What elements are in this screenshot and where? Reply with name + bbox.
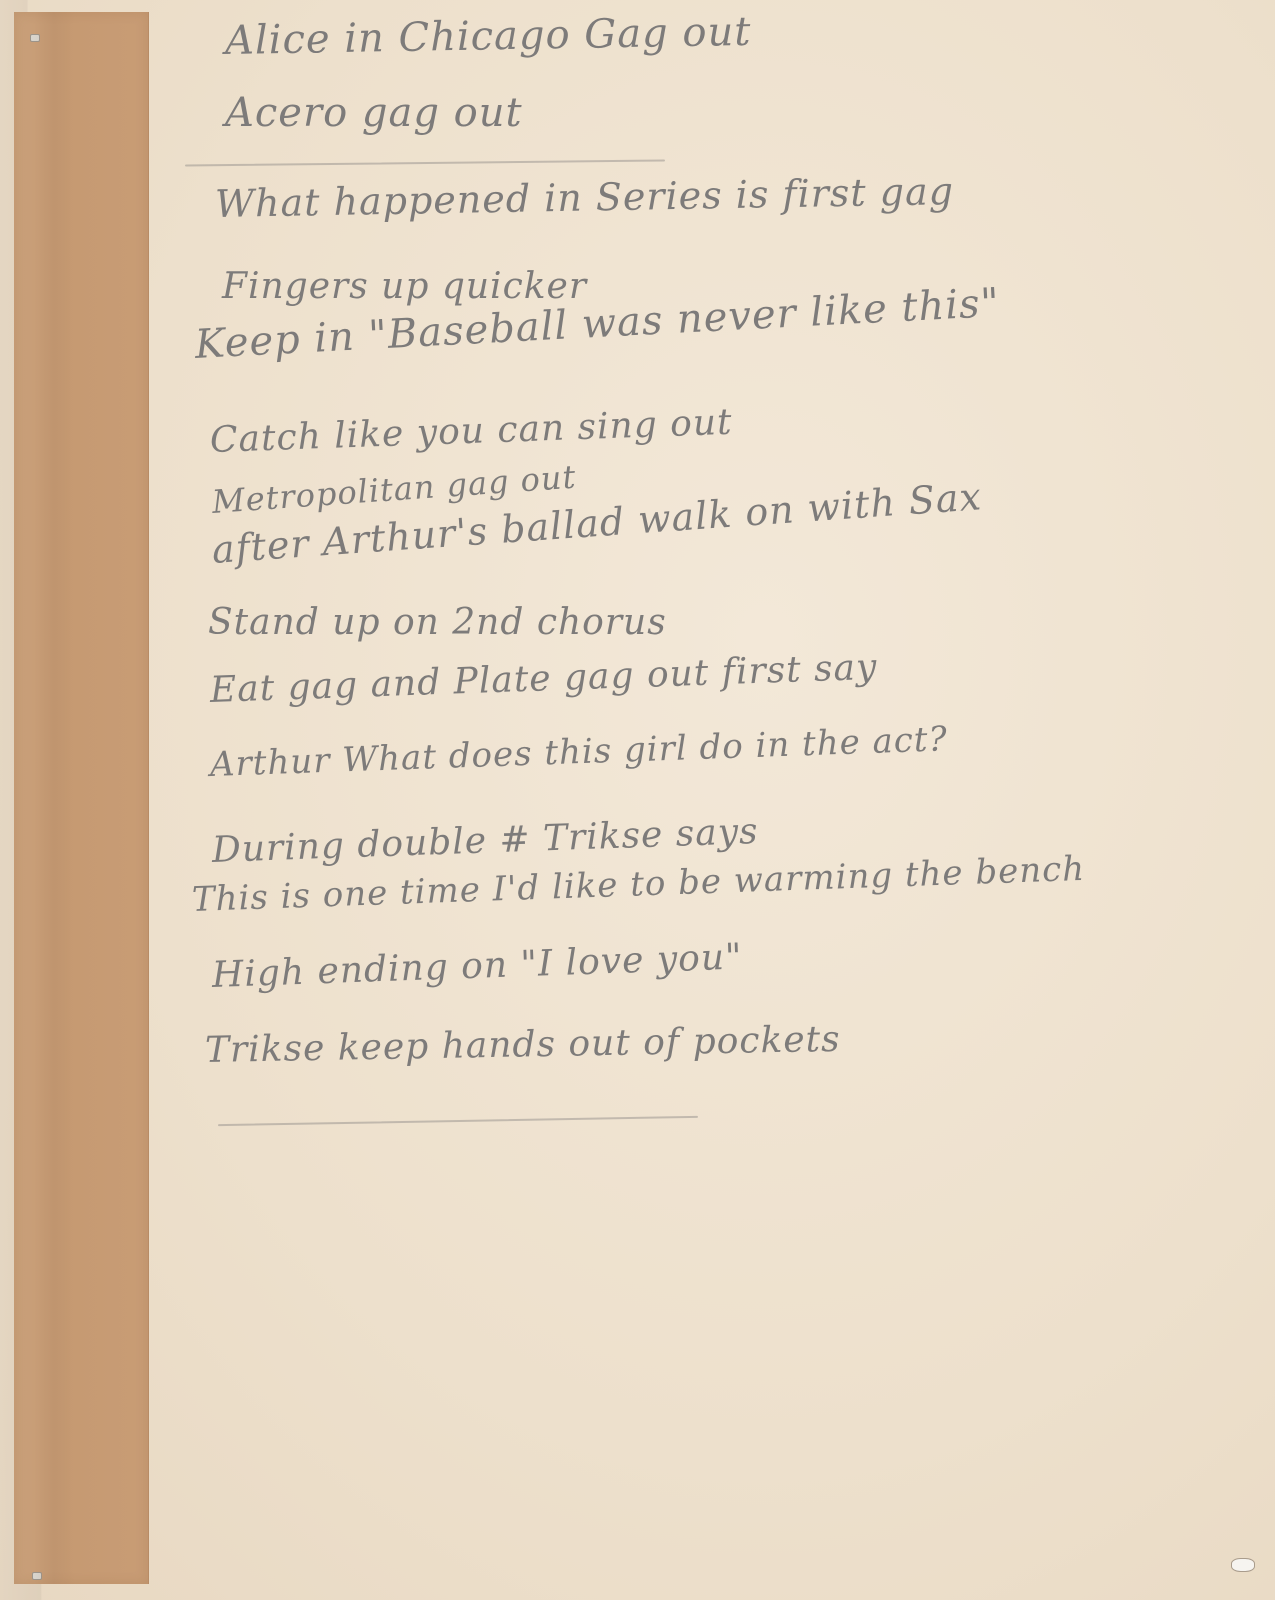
note-line: Acero gag out (225, 90, 523, 136)
paper-tear-mark (1231, 1558, 1255, 1572)
note-line: High ending on "I love you" (211, 936, 743, 996)
note-line: Alice in Chicago Gag out (225, 9, 752, 64)
staple-icon (32, 1572, 42, 1580)
note-line: Fingers up quicker (222, 266, 587, 307)
note-line: What happened in Series is first gag (215, 169, 955, 226)
staple-icon (30, 34, 40, 42)
note-line: Stand up on 2nd chorus (208, 602, 667, 643)
note-line: During double # Trikse says (211, 811, 759, 871)
note-line: Eat gag and Plate gag out first say (209, 647, 878, 711)
divider-line (185, 159, 665, 166)
binding-tape-strip (14, 12, 149, 1584)
paper-page: Alice in Chicago Gag out Acero gag out W… (0, 0, 1275, 1600)
note-line: Trikse keep hands out of pockets (205, 1019, 841, 1071)
note-line: Catch like you can sing out (209, 402, 733, 461)
note-line: Arthur What does this girl do in the act… (209, 719, 948, 785)
divider-line (218, 1116, 698, 1126)
